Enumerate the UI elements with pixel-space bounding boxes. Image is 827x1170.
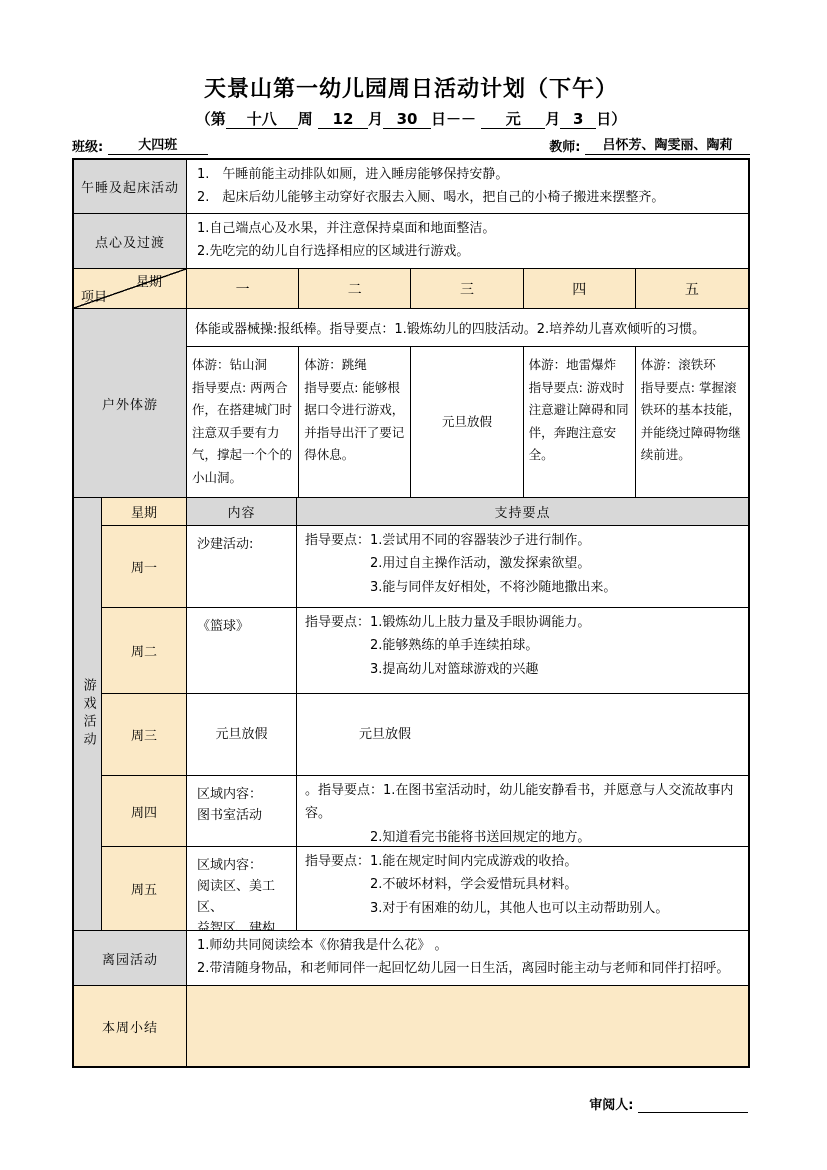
outdoor-fri-cell: 体游：滚铁环 指导要点: 掌握滚铁环的基本技能，并能绕过障碍物继续前进。 [636,347,748,498]
week-unit: 周 [298,110,313,128]
games-mon-content: 沙建活动: [187,526,297,608]
date-prefix: （第 [196,110,226,128]
corner-item-label: 项目 [81,286,107,305]
games-section: 游戏活动 星期 内容 支持要点 周一 沙建活动: 指导要点：1.尝试用不同的容器… [74,498,748,931]
weekday-header-row: 星期 项目 一 二 三 四 五 [74,269,748,309]
games-tue-content: 《篮球》 [187,608,297,694]
outdoor-section-body: 体能或器械操:报纸棒。指导要点：1.锻炼幼儿的四肢活动。2.培养幼儿喜欢倾听的习… [187,309,748,498]
nap-text: 1. 午睡前能主动排队如厕，进入睡房能够保持安静。 2. 起床后幼儿能够主动穿好… [197,164,738,210]
games-wed-content: 元旦放假 [187,694,297,776]
games-mon-points: 指导要点：1.尝试用不同的容器装沙子进行制作。 2.用过自主操作活动，激发探索欲… [297,526,748,608]
routine-section: 午睡及起床活动 1. 午睡前能主动排队如厕，进入睡房能够保持安静。 2. 起床后… [74,160,748,269]
games-header-week: 星期 [102,498,187,526]
summary-section: 本周小结 [74,986,748,1066]
games-fri-content: 区域内容： 阅读区、美工区、 益智区、建构区、 小吃店 [187,847,297,931]
games-header-content: 内容 [187,498,297,526]
info-line: 班级: 大四班 教师: 吕怀芳、陶雯丽、陶莉 [72,136,750,155]
day-header-tue: 二 [299,269,411,309]
class-label: 班级: [72,140,103,155]
games-thu-points: 。指导要点：1.在图书室活动时，幼儿能安静看书，并愿意与人交流故事内容。 2.知… [297,776,748,847]
document-page: 天景山第一幼儿园周日活动计划（下午） （第十八周 12月30日－－ 元月3日） … [0,0,827,1170]
outdoor-mon-cell: 体游：钻山洞 指导要点: 两两合作，在搭建城门时注意双手要有力气，撑起一个个的小… [187,347,299,498]
reviewer-line: 审阅人: [72,1094,750,1113]
snack-text: 1.自己端点心及水果，并注意保持桌面和地面整洁。 2.先吃完的幼儿自行选择相应的… [197,218,738,264]
outdoor-wed-cell: 元旦放假 [411,347,523,498]
nap-row-content: 1. 午睡前能主动排队如厕，进入睡房能够保持安静。 2. 起床后幼儿能够主动穿好… [187,160,748,214]
games-label-text: 游戏活动 [80,678,94,750]
nap-row-label: 午睡及起床活动 [74,160,187,214]
activity-plan-table: 午睡及起床活动 1. 午睡前能主动排队如厕，进入睡房能够保持安静。 2. 起床后… [72,158,750,1068]
end-month-unit: 月 [545,110,560,128]
class-field: 班级: 大四班 [72,136,208,155]
date-line: （第十八周 12月30日－－ 元月3日） [72,108,750,129]
date-suffix: 日） [596,110,626,128]
outdoor-thu-cell: 体游：地雷爆炸 指导要点: 游戏时注意避让障碍和同伴，奔跑注意安全。 [524,347,636,498]
games-fri-week: 周五 [102,847,187,931]
start-month-unit: 月 [368,110,383,128]
date-range-dash: 日－－ [431,110,476,128]
outdoor-section: 户外体游 体能或器械操:报纸棒。指导要点：1.锻炼幼儿的四肢活动。2.培养幼儿喜… [74,309,748,498]
teacher-value: 吕怀芳、陶雯丽、陶莉 [585,139,750,155]
games-thu-content: 区域内容： 图书室活动 [187,776,297,847]
start-day-field: 30 [383,111,431,129]
class-value: 大四班 [108,139,208,155]
reviewer-label: 审阅人: [589,1098,633,1113]
page-title: 天景山第一幼儿园周日活动计划（下午） [72,72,750,103]
summary-row-label: 本周小结 [74,986,187,1066]
reviewer-blank-field [638,1097,748,1113]
games-tue-week: 周二 [102,608,187,694]
teacher-field: 教师: 吕怀芳、陶雯丽、陶莉 [549,136,750,155]
outdoor-day-row: 体游：钻山洞 指导要点: 两两合作，在搭建城门时注意双手要有力气，撑起一个个的小… [187,347,748,498]
outdoor-section-label: 户外体游 [74,309,187,498]
leave-section: 离园活动 1.师幼共同阅读绘本《你猜我是什么花》 。 2.带清随身物品，和老师同… [74,931,748,986]
summary-row-content [187,986,748,1066]
games-fri-points: 指导要点：1.能在规定时间内完成游戏的收拾。 2.不破坏材料，学会爱惜玩具材料。… [297,847,748,931]
end-month-field: 元 [481,111,545,129]
day-header-wed: 三 [411,269,523,309]
day-header-fri: 五 [636,269,748,309]
week-number-field: 十八 [226,111,298,129]
games-wed-week: 周三 [102,694,187,776]
plan-document: 天景山第一幼儿园周日活动计划（下午） （第十八周 12月30日－－ 元月3日） … [72,72,750,1113]
start-month-field: 12 [318,111,368,129]
day-header-thu: 四 [524,269,636,309]
games-section-label: 游戏活动 [74,498,102,931]
snack-row-content: 1.自己端点心及水果，并注意保持桌面和地面整洁。 2.先吃完的幼儿自行选择相应的… [187,214,748,269]
corner-header-cell: 星期 项目 [74,269,187,309]
day-header-mon: 一 [187,269,299,309]
teacher-label: 教师: [549,140,580,155]
games-tue-points: 指导要点：1.锻炼幼儿上肢力量及手眼协调能力。 2.能够熟练的单手连续拍球。 3… [297,608,748,694]
leave-row-content: 1.师幼共同阅读绘本《你猜我是什么花》 。 2.带清随身物品，和老师同伴一起回忆… [187,931,748,986]
corner-week-label: 星期 [136,271,162,290]
outdoor-tue-cell: 体游：跳绳 指导要点: 能够根据口令进行游戏，并指导出汗了要记得休息。 [299,347,411,498]
games-thu-week: 周四 [102,776,187,847]
leave-row-label: 离园活动 [74,931,187,986]
games-header-points: 支持要点 [297,498,748,526]
games-mon-week: 周一 [102,526,187,608]
outdoor-common-row: 体能或器械操:报纸棒。指导要点：1.锻炼幼儿的四肢活动。2.培养幼儿喜欢倾听的习… [187,309,748,347]
leave-text: 1.师幼共同阅读绘本《你猜我是什么花》 。 2.带清随身物品，和老师同伴一起回忆… [197,935,738,981]
games-wed-points: 元旦放假 [297,694,748,776]
snack-row-label: 点心及过渡 [74,214,187,269]
end-day-field: 3 [560,111,596,129]
